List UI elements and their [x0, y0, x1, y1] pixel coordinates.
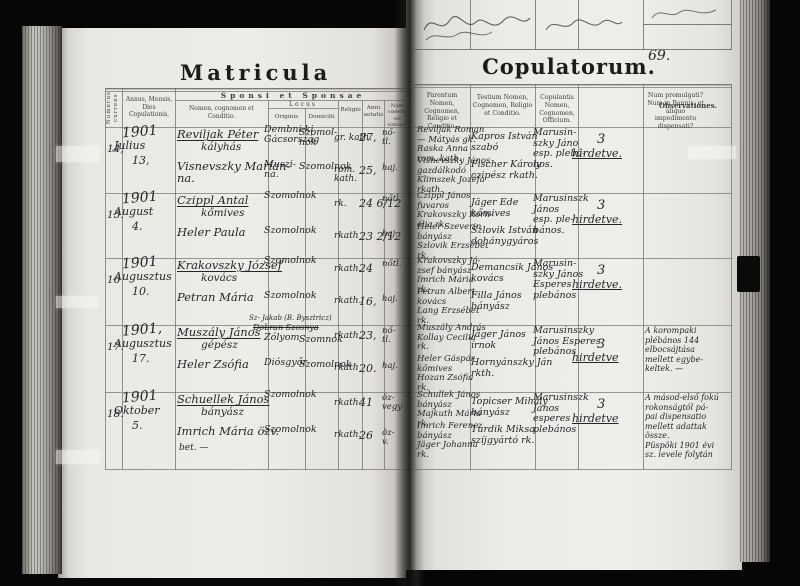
bride-origin: Szomolnok — [264, 226, 317, 236]
entry-month: Oktober — [114, 404, 160, 417]
entry-day: 13, — [132, 154, 150, 167]
book-gutter-shadow — [394, 0, 424, 586]
bride-age: 16, — [359, 295, 377, 308]
bride-name: Heler Zsófia — [177, 358, 249, 370]
header-domicilii: Domicilii — [306, 114, 337, 121]
groom-name: Muszály János — [177, 325, 261, 339]
entry-day: 4. — [132, 220, 143, 233]
tape-mark — [56, 146, 100, 162]
groom-name: Schuellek János — [177, 392, 269, 406]
entry-month: Augusztus — [114, 270, 172, 283]
right-page-title: Copulatorum. — [480, 54, 658, 79]
groom-name: Czippl Antal — [177, 193, 248, 207]
entry-month: August — [114, 205, 153, 218]
handwriting-fragment — [422, 6, 532, 44]
witness-2: Turdik Miksa szíjgyártó rk. — [471, 424, 535, 446]
header-locus: Locus — [268, 101, 338, 109]
groom-religion: rkath. — [334, 399, 361, 408]
bride-age: 26 — [359, 429, 373, 442]
groom-condition: bányász — [201, 406, 244, 418]
witness-1: Jäger Ede kőmives — [471, 197, 518, 219]
groom-age: 27, — [359, 131, 377, 144]
entry-day: 5. — [132, 419, 143, 432]
banns-note: hirdetve — [572, 351, 619, 364]
page-number: 69. — [648, 48, 670, 64]
tape-mark — [56, 296, 98, 308]
witness-2: Hornyánszky Ján rkth. — [471, 357, 552, 379]
bride-name: Heler Paula — [177, 226, 246, 238]
header-copulantis: Copulantis Nomen, Cognomen, Officium. — [537, 94, 577, 125]
groom-religion: rkath. — [334, 265, 361, 274]
header-religio: Religio — [339, 107, 362, 114]
right-page-top-partial-rows — [414, 0, 732, 50]
groom-condition: kályhás — [201, 141, 241, 153]
bride-age: 25, — [359, 164, 377, 177]
register-row-14-right: Reviljak Roman — Mátyás gk. Raska Anna r… — [414, 127, 732, 193]
entry-month: Augusztus — [114, 337, 172, 350]
groom-condition: kőmives — [201, 207, 245, 219]
observation: A korompaki plébános 144 elbocsájtása me… — [645, 326, 733, 374]
bride-origin: Muszi- na. — [264, 160, 296, 180]
groom-age: 41 — [359, 396, 373, 409]
register-row-14: 14, 1901 Julius 13, Reviljak Péter kályh… — [105, 127, 411, 193]
observation: A másod-első fokú rokonságtól pá- pai di… — [645, 393, 733, 460]
banns-note: hirdetve. — [572, 147, 622, 160]
header-date: Annus, Mensis, Dies Copulationis. — [124, 96, 174, 119]
header-aetatis: Anni aetatis — [363, 105, 384, 119]
groom-condition: gépész — [201, 339, 238, 351]
tape-mark — [688, 146, 736, 159]
entry-month: Julius — [114, 139, 145, 152]
register-row-15-right: Czippl János fuvaros Krakovszky Korn- él… — [414, 193, 732, 258]
header-numerus: Numerus currens — [106, 91, 121, 125]
tape-mark — [56, 450, 100, 464]
bride-religion: rom. kath. — [334, 166, 357, 184]
register-row-17-right: Muszály András Kollay Cecilia rk. Heler … — [414, 325, 732, 392]
register-row-15: 15. 1901 August 4. Czippl Antal kőmives … — [105, 193, 411, 258]
bride-religion: rkath. — [334, 431, 361, 440]
right-register-table: Parentum Nomen, Cognomen, Religio et Con… — [414, 84, 732, 470]
header-name: Nomen, cognomen et Conditio. — [177, 105, 266, 120]
groom-origin: Szomolnok — [264, 390, 317, 400]
header-originis: Originis — [270, 114, 303, 121]
groom-domicile: Szomol- nok — [299, 128, 337, 148]
register-row-18-right: Schullek János bányász Majkuth Mária rk.… — [414, 392, 732, 470]
left-register-table: Numerus currens Annus, Mensis, Dies Copu… — [105, 88, 411, 470]
banns-count: 3 — [597, 263, 605, 278]
witness-2: Fischer Károly czipész rkath. — [471, 159, 542, 181]
crossed-out-note: Dobran Szosnya — [253, 323, 319, 332]
entry-day: 10. — [132, 285, 150, 298]
entry-day: 17. — [132, 352, 150, 365]
register-row-17: 17. 1901, Augusztus 17. Sz- Jakab (B. By… — [105, 325, 411, 392]
place-note: Sz- Jakab (B. Bysztricz) — [249, 314, 332, 322]
groom-religion: rkath. — [334, 332, 361, 341]
bride-religion: rkath. — [334, 297, 361, 306]
groom-origin: Szomolnok — [264, 256, 317, 266]
banns-note: hirdetve. — [572, 213, 622, 226]
witness-1: Jäger János írnok — [471, 329, 526, 351]
groom-origin: Zólyom — [264, 333, 299, 343]
left-page-title: Matricula — [180, 60, 330, 85]
groom-name: Reviljak Péter — [177, 127, 258, 141]
bride-status: öz- v. — [382, 429, 394, 447]
header-testium: Testium Nomen, Cognomen, Religio et Cond… — [472, 94, 533, 117]
bride-origin: Szomolnok — [264, 425, 317, 435]
handwriting-fragment — [544, 12, 624, 40]
witness-2: Filla János bányász — [471, 290, 522, 312]
banns-count: 3 — [597, 132, 605, 147]
bride-age: 20. — [359, 362, 377, 375]
register-row-16-right: Krakovszky Jó- zsef bányász Imrich Mária… — [414, 258, 732, 325]
banns-count: 3 — [597, 397, 605, 412]
register-book-photo: Matricula Copulatorum. 69. — [0, 0, 800, 586]
banns-count: 3 — [597, 337, 605, 352]
black-tab — [737, 256, 760, 292]
groom-religion: rk. — [334, 200, 347, 209]
groom-condition: kovács — [201, 272, 237, 284]
handwriting-fragment — [650, 4, 720, 24]
header-promulgati: Num promulgati? Num in Bannis, et aliquo… — [645, 92, 706, 131]
groom-age: 23, — [359, 329, 377, 342]
banns-note: hirdetve. — [572, 278, 622, 291]
bride-origin: Szomolnok — [264, 291, 317, 301]
bride-religion: rkath — [334, 364, 359, 373]
header-observationes: Observationes. — [645, 102, 731, 111]
header-sponsi: Sponsi et Sponsae — [175, 91, 411, 100]
groom-age: 24 — [359, 262, 373, 275]
bride-name: Petran Mária — [177, 291, 254, 303]
banns-note: hirdetve — [572, 412, 619, 425]
register-row-18: 18. 1901 Oktober 5. Schuellek János bány… — [105, 392, 411, 470]
bride-religion: rkath — [334, 232, 359, 241]
banns-count: 3 — [597, 198, 605, 213]
witness-1: Kapros István szabó — [471, 131, 538, 153]
groom-origin: Szomolnok — [264, 191, 317, 201]
margin-note: bet. — — [179, 443, 208, 453]
witness-2: Szlovik István dohánygyáros — [471, 225, 538, 247]
